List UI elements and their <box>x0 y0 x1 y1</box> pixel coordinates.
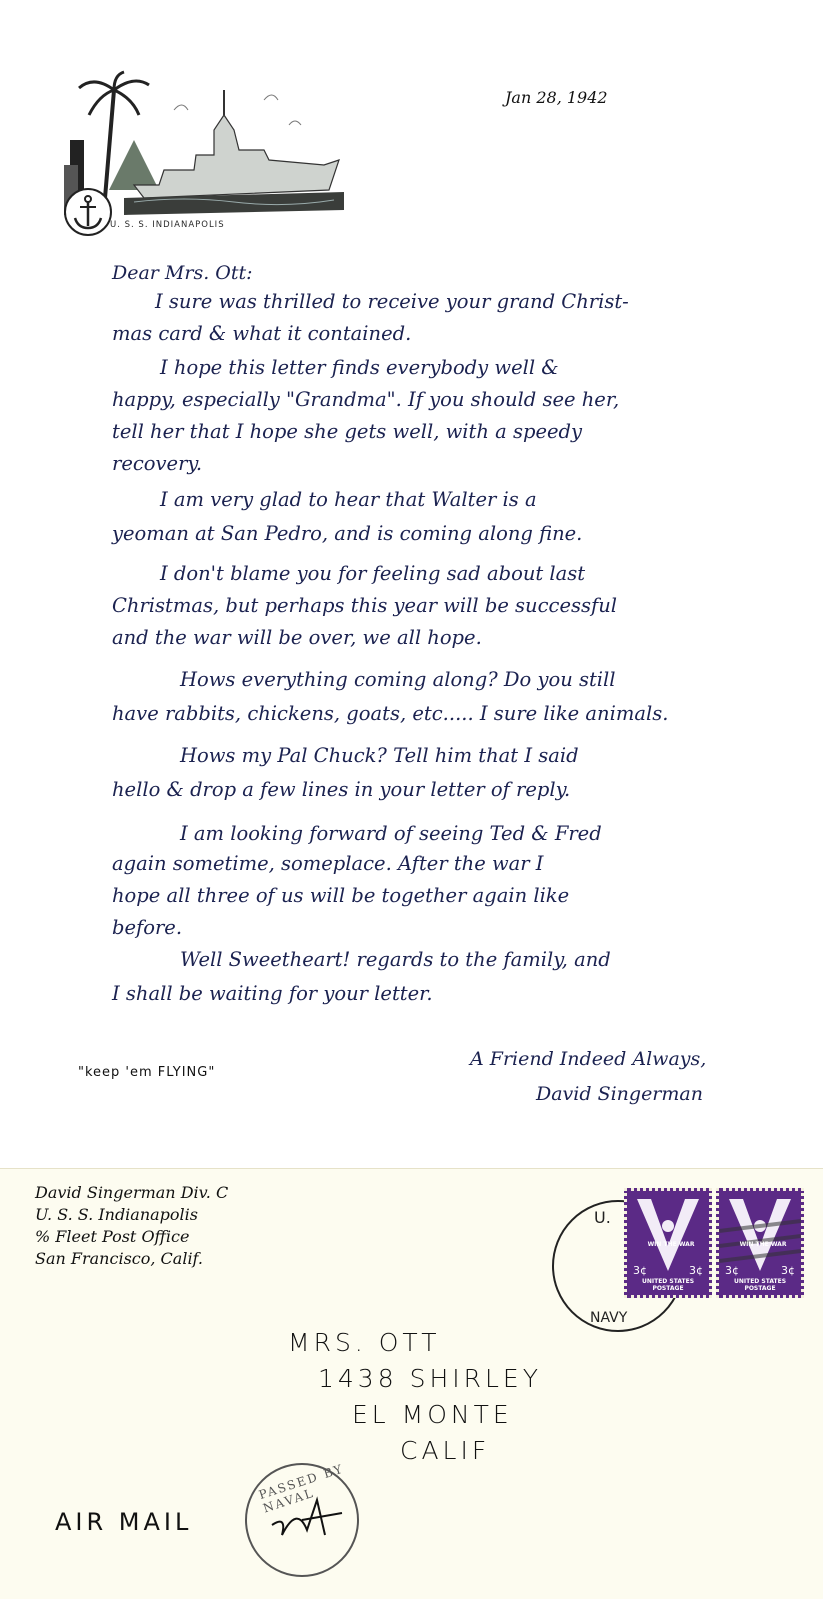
letter-line: Well Sweetheart! regards to the family, … <box>180 948 611 971</box>
letter-line: recovery. <box>112 452 202 475</box>
stamp-value: 3¢ <box>633 1264 647 1277</box>
letter-line: Christmas, but perhaps this year will be… <box>112 594 617 617</box>
letter-line: hello & drop a few lines in your letter … <box>112 778 570 801</box>
letter-line: I sure was thrilled to receive your gran… <box>155 290 629 313</box>
motto: "keep 'em FLYING" <box>78 1065 215 1080</box>
letter-line: I shall be waiting for your letter. <box>112 982 433 1005</box>
stamp: WIN THE WAR 3¢ 3¢ UNITED STATES POSTAGE <box>624 1188 712 1298</box>
anchor-icon <box>64 188 112 236</box>
stamp-slogan: WIN THE WAR <box>645 1241 697 1248</box>
return-address-line: U. S. S. Indianapolis <box>35 1205 198 1224</box>
letter-line: I am very glad to hear that Walter is a <box>160 488 537 511</box>
recipient-state: CALIF <box>400 1436 490 1465</box>
recipient-city: EL MONTE <box>352 1400 513 1429</box>
stamp-country: UNITED STATES POSTAGE <box>719 1278 801 1292</box>
letter-line: I don't blame you for feeling sad about … <box>160 562 585 585</box>
return-address-line: David Singerman Div. C <box>35 1183 228 1202</box>
letterhead: U. S. S. INDIANAPOLIS <box>64 70 354 235</box>
letter-line: yeoman at San Pedro, and is coming along… <box>112 522 582 545</box>
closing: A Friend Indeed Always, <box>470 1048 706 1070</box>
letter-line: have rabbits, chickens, goats, etc..... … <box>112 702 668 725</box>
letter-line: and the war will be over, we all hope. <box>112 626 482 649</box>
airmail-label: AIR MAIL <box>55 1508 192 1536</box>
signature: David Singerman <box>536 1083 703 1105</box>
postmark-bottom: NAVY <box>590 1310 627 1326</box>
return-address-line: San Francisco, Calif. <box>35 1249 203 1268</box>
letter-line: Hows my Pal Chuck? Tell him that I said <box>180 744 579 767</box>
censor-signature-icon <box>247 1465 357 1575</box>
letter-line: hope all three of us will be together ag… <box>112 884 569 907</box>
stamp: WIN THE WAR 3¢ 3¢ UNITED STATES POSTAGE <box>716 1188 804 1298</box>
letter-line: I am looking forward of seeing Ted & Fre… <box>180 822 602 845</box>
letter-line: tell her that I hope she gets well, with… <box>112 420 582 443</box>
letter-line: before. <box>112 916 182 939</box>
salutation: Dear Mrs. Ott: <box>112 262 253 284</box>
postage-stamps: WIN THE WAR 3¢ 3¢ UNITED STATES POSTAGE … <box>624 1188 809 1298</box>
stamp-slogan: WIN THE WAR <box>737 1241 789 1248</box>
letterhead-caption: U. S. S. INDIANAPOLIS <box>110 220 225 230</box>
recipient-street: 1438 SHIRLEY <box>318 1364 542 1393</box>
letter-line: I hope this letter finds everybody well … <box>160 356 559 379</box>
letter-line: happy, especially "Grandma". If you shou… <box>112 388 619 411</box>
letter-line: again sometime, someplace. After the war… <box>112 852 544 875</box>
stamp-country: UNITED STATES POSTAGE <box>627 1278 709 1292</box>
censor-stamp: PASSED BY NAVAL <box>245 1463 359 1577</box>
letter-date: Jan 28, 1942 <box>505 88 608 107</box>
letter-page: U. S. S. INDIANAPOLIS Jan 28, 1942 Dear … <box>0 0 823 1168</box>
letter-line: Hows everything coming along? Do you sti… <box>180 668 616 691</box>
stamp-value: 3¢ <box>781 1264 795 1277</box>
recipient-name: MRS. OTT <box>288 1328 440 1357</box>
stamp-value: 3¢ <box>725 1264 739 1277</box>
stamp-value: 3¢ <box>689 1264 703 1277</box>
return-address-line: % Fleet Post Office <box>35 1227 189 1246</box>
postmark-top: U. <box>594 1208 611 1227</box>
letter-line: mas card & what it contained. <box>112 322 411 345</box>
